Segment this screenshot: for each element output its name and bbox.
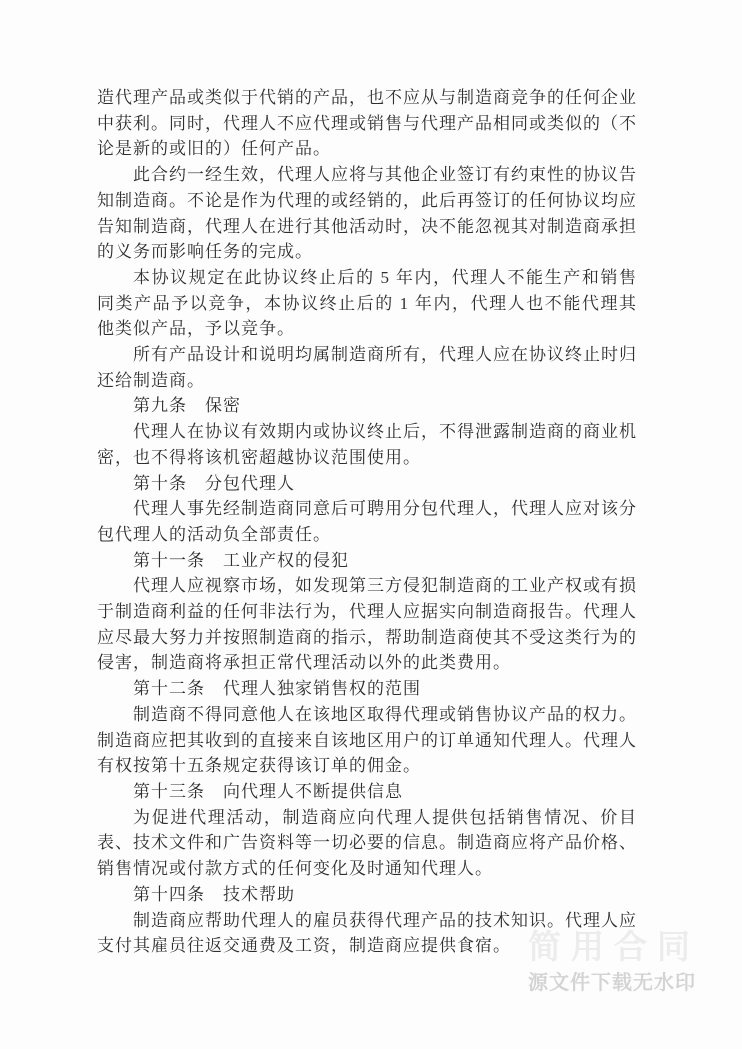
article-heading: 第十四条 技术帮助: [97, 882, 637, 908]
contract-paragraph: 此合约一经生效，代理人应将与其他企业签订有约束性的协议告知制造商。不论是作为代理…: [97, 162, 637, 265]
article-heading: 第十条 分包代理人: [97, 471, 637, 497]
article-heading: 第十二条 代理人独家销售权的范围: [97, 676, 637, 702]
contract-paragraph: 所有产品设计和说明均属制造商所有，代理人应在协议终止时归还给制造商。: [97, 342, 637, 393]
article-heading: 第十三条 向代理人不断提供信息: [97, 779, 637, 805]
contract-paragraph: 代理人在协议有效期内或协议终止后，不得泄露制造商的商业机密，也不得将该机密超越协…: [97, 419, 637, 470]
contract-paragraph: 制造商应帮助代理人的雇员获得代理产品的技术知识。代理人应支付其雇员往返交通费及工…: [97, 908, 637, 959]
contract-paragraph: 代理人应视察市场，如发现第三方侵犯制造商的工业产权或有损于制造商利益的任何非法行…: [97, 573, 637, 676]
article-heading: 第十一条 工业产权的侵犯: [97, 548, 637, 574]
contract-paragraph: 代理人事先经制造商同意后可聘用分包代理人，代理人应对该分包代理人的活动负全部责任…: [97, 496, 637, 547]
article-heading: 第九条 保密: [97, 393, 637, 419]
contract-paragraph: 造代理产品或类似于代销的产品，也不应从与制造商竞争的任何企业中获利。同时，代理人…: [97, 85, 637, 162]
contract-paragraph: 制造商不得同意他人在该地区取得代理或销售协议产品的权力。制造商应把其收到的直接来…: [97, 702, 637, 779]
document-page: 造代理产品或类似于代销的产品，也不应从与制造商竞争的任何企业中获利。同时，代理人…: [0, 0, 742, 1049]
contract-paragraph: 本协议规定在此协议终止后的 5 年内，代理人不能生产和销售同类产品予以竞争，本协…: [97, 265, 637, 342]
contract-paragraph: 为促进代理活动，制造商应向代理人提供包括销售情况、价目表、技术文件和广告资料等一…: [97, 805, 637, 882]
watermark-subtitle-text: 源文件下载无水印: [528, 972, 700, 994]
contract-text-block: 造代理产品或类似于代销的产品，也不应从与制造商竞争的任何企业中获利。同时，代理人…: [97, 85, 637, 959]
